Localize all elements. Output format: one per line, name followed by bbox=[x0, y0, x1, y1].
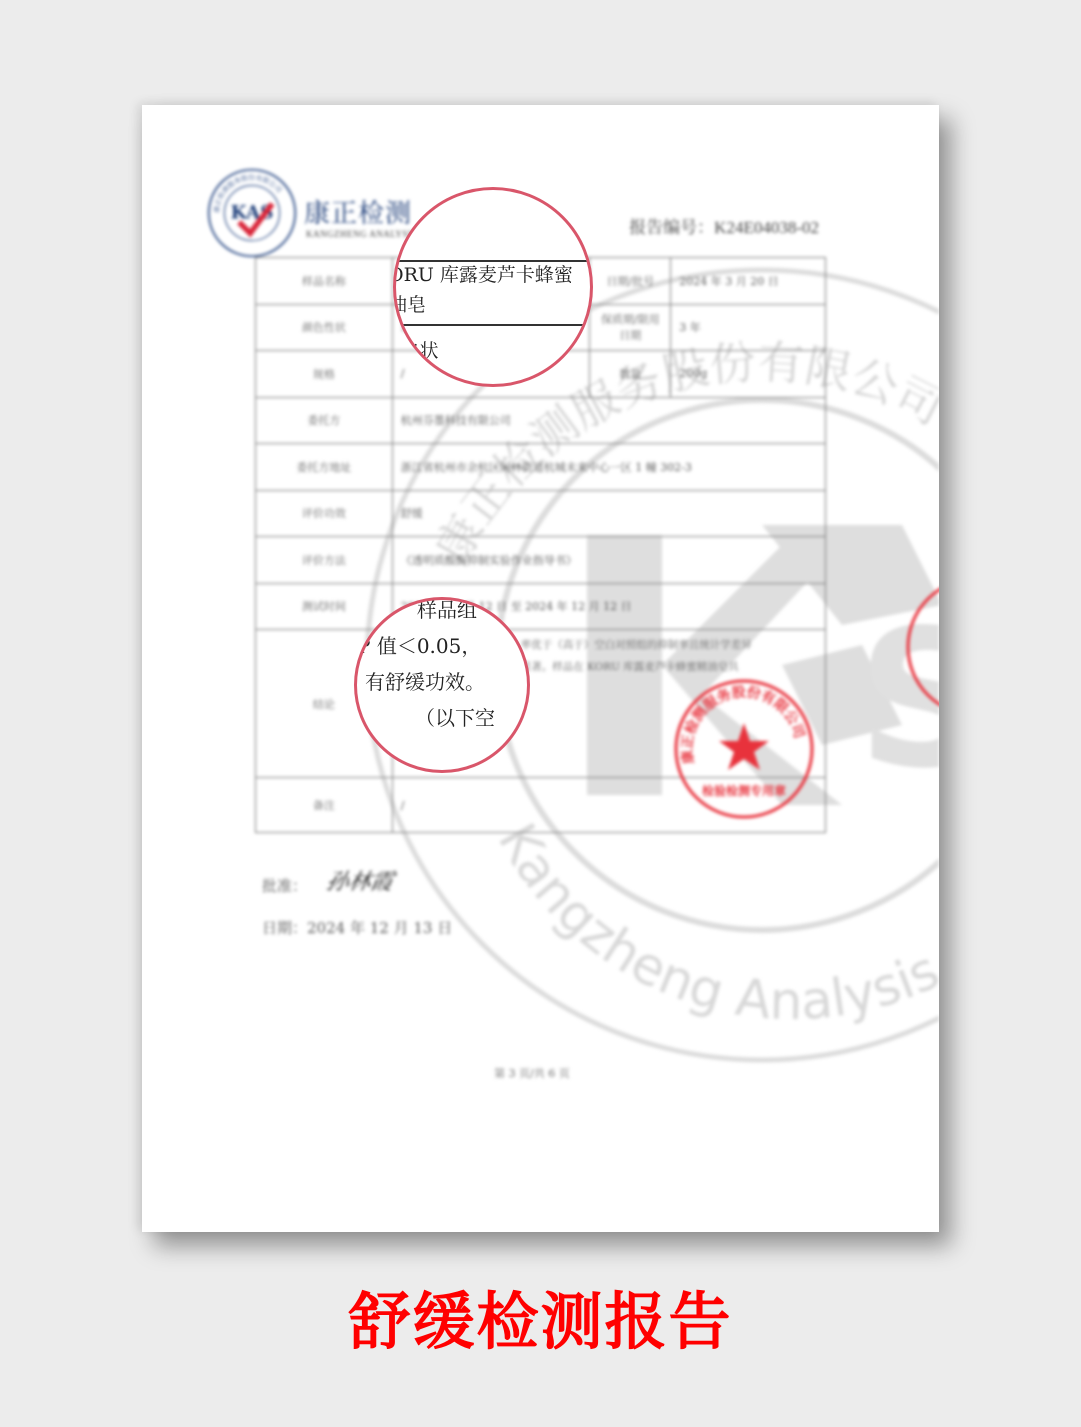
magnified-text: P 值＜0.05， bbox=[357, 628, 530, 664]
report-number: 报告编号：K24E04038-02 bbox=[629, 213, 819, 238]
table-rule bbox=[393, 324, 588, 326]
report-page: 康正检测服务股份有限公司 Kangzheng Analysis Services… bbox=[142, 105, 939, 1232]
field-value: 2024 年 3 月 20 日 bbox=[671, 258, 826, 305]
field-label: 数量 bbox=[590, 351, 671, 398]
table-row: 评价方法 《透明质酸酶抑制实验作业指导书》 bbox=[256, 537, 826, 584]
field-value: 200g bbox=[671, 351, 826, 398]
magnified-text: 有舒缓功效。 bbox=[357, 664, 530, 700]
field-value: 舒缓 bbox=[392, 490, 825, 537]
field-label: 保质期/限用日期 bbox=[590, 304, 671, 351]
magnifier-lens-conclusion: 样品组 P 值＜0.05， 有舒缓功效。 （以下空 bbox=[354, 597, 530, 773]
field-value: 《透明质酸酶抑制实验作业指导书》 bbox=[392, 537, 825, 584]
table-row: 委托方地址 浙江省杭州市余杭区闲林街道杭城未来中心一区 1 幢 302-3 bbox=[256, 444, 826, 491]
red-seal-partial-icon bbox=[904, 575, 939, 719]
magnified-text: ORU 库露麦芦卡蜂蜜 bbox=[393, 260, 593, 290]
brand-name: 康正检测 bbox=[304, 193, 412, 230]
field-value: 3 年 bbox=[671, 304, 826, 351]
table-row: 测试时间 2024 年 12 月 12 日 至 2024 年 12 月 12 日 bbox=[256, 583, 826, 630]
field-label: 样品名称 bbox=[256, 258, 393, 305]
field-label: 评价方法 bbox=[256, 537, 393, 584]
table-rule bbox=[396, 260, 593, 262]
field-value: 杭州芬墨科技有限公司 bbox=[392, 397, 825, 444]
field-label: 委托方地址 bbox=[256, 444, 393, 491]
page-number: 第 3 页/共 6 页 bbox=[494, 1065, 570, 1081]
magnifier-lens-sample-name: ORU 库露麦芦卡蜂蜜 油皂 / 块状 bbox=[393, 187, 593, 387]
field-label: 日期/批号 bbox=[590, 258, 671, 305]
approve-label: 批准： bbox=[262, 875, 307, 896]
caption-title: 舒缓检测报告 bbox=[0, 1272, 1081, 1361]
field-label: 委托方 bbox=[256, 397, 393, 444]
magnified-text: / 块状 bbox=[393, 336, 593, 366]
signature: 孙林霞 bbox=[324, 865, 397, 896]
table-row: 委托方 杭州芬墨科技有限公司 bbox=[256, 397, 826, 444]
kas-logo-icon: 康正检测服务股份有限公司 KAS bbox=[206, 167, 298, 259]
field-value: 浙江省杭州市余杭区闲林街道杭城未来中心一区 1 幢 302-3 bbox=[392, 444, 825, 491]
field-label: 备注 bbox=[256, 778, 393, 833]
red-seal-icon: 康正检测服务股份有限公司 检验检测专用章 bbox=[672, 677, 816, 821]
magnified-text: 油皂 bbox=[393, 290, 593, 320]
table-row: 评价功效 舒缓 bbox=[256, 490, 826, 537]
brand-name-en: KANGZHENG ANALYSIS bbox=[306, 229, 417, 239]
issue-date: 日期：2024 年 12 月 13 日 bbox=[262, 917, 452, 938]
field-label: 颜色性状 bbox=[256, 304, 393, 351]
magnified-text: （以下空 bbox=[357, 700, 530, 736]
field-label: 规格 bbox=[256, 351, 393, 398]
field-label: 评价功效 bbox=[256, 490, 393, 537]
magnified-text: 样品组 bbox=[357, 597, 530, 628]
svg-text:检验检测专用章: 检验检测专用章 bbox=[702, 783, 786, 798]
